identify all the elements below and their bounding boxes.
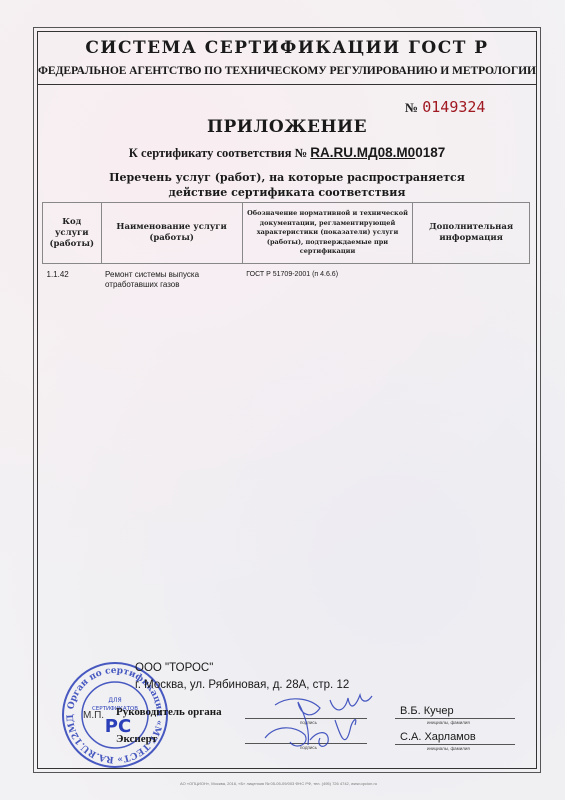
- certificate-reference: К сертификату соответствия № RA.RU.МД08.…: [37, 145, 537, 161]
- col-name: Наименование услуги (работы): [101, 203, 242, 264]
- col-document: Обозначение нормативной и технической до…: [242, 203, 413, 264]
- list-title-line2: действие сертификата соответствия: [37, 185, 537, 200]
- row-document: ГОСТ Р 51709-2001 (п 4.6.6): [242, 264, 413, 291]
- col-info: Дополнительная информация: [413, 203, 530, 264]
- document-border-inner: [37, 31, 537, 769]
- head-label: Руководитель органа: [116, 706, 222, 718]
- appendix-title: ПРИЛОЖЕНИЕ: [37, 117, 537, 137]
- list-title-line1: Перечень услуг (работ), на которые распр…: [37, 170, 537, 185]
- cert-no-part2: 0187: [415, 145, 445, 160]
- services-list-title: Перечень услуг (работ), на которые распр…: [37, 170, 537, 200]
- services-table: Код услуги (работы) Наименование услуги …: [42, 202, 530, 290]
- table-header-row: Код услуги (работы) Наименование услуги …: [43, 203, 530, 264]
- expert-name: С.А. Харламов: [400, 731, 476, 743]
- table-row: 1.1.42 Ремонт системы выпуска отработавш…: [43, 264, 530, 291]
- head-name-caption: инициалы, фамилия: [427, 720, 470, 725]
- number-sign: №: [405, 100, 418, 115]
- cert-no-part1: RA.RU.МД08.М0: [310, 145, 415, 160]
- col-code: Код услуги (работы): [43, 203, 102, 264]
- stamp-text: ДЛЯ: [108, 697, 121, 704]
- mp-label: М.П.: [83, 710, 104, 721]
- printer-imprint: АО «ОПЦИОН», Москва, 2016, «Б» лицензия …: [180, 781, 377, 786]
- expert-name-caption: инициалы, фамилия: [427, 746, 470, 751]
- company-name: ООО "ТОРОС": [135, 660, 349, 677]
- row-code: 1.1.42: [43, 264, 102, 291]
- certificate-number: RA.RU.МД08.М00187: [310, 145, 445, 160]
- system-title: СИСТЕМА СЕРТИФИКАЦИИ ГОСТ Р: [37, 38, 537, 58]
- form-number-value: 0149324: [422, 98, 485, 116]
- head-name-line: [395, 718, 515, 719]
- expert-name-line: [395, 744, 515, 745]
- row-info: [413, 264, 530, 291]
- company-block: ООО "ТОРОС" г. Москва, ул. Рябиновая, д.…: [135, 660, 349, 694]
- expert-label: Эксперт: [116, 733, 157, 745]
- header-divider: [37, 84, 537, 85]
- agency-title: ФЕДЕРАЛЬНОЕ АГЕНТСТВО ПО ТЕХНИЧЕСКОМУ РЕ…: [37, 64, 537, 77]
- row-name: Ремонт системы выпуска отработавших газо…: [101, 264, 242, 291]
- cert-ref-label: К сертификату соответствия №: [129, 146, 307, 160]
- head-name: В.Б. Кучер: [400, 705, 454, 717]
- handwritten-signature: [250, 690, 380, 760]
- row-name-line1: Ремонт системы выпуска: [105, 270, 238, 280]
- form-number: № 0149324: [405, 98, 485, 116]
- row-name-line2: отработавших газов: [105, 280, 238, 290]
